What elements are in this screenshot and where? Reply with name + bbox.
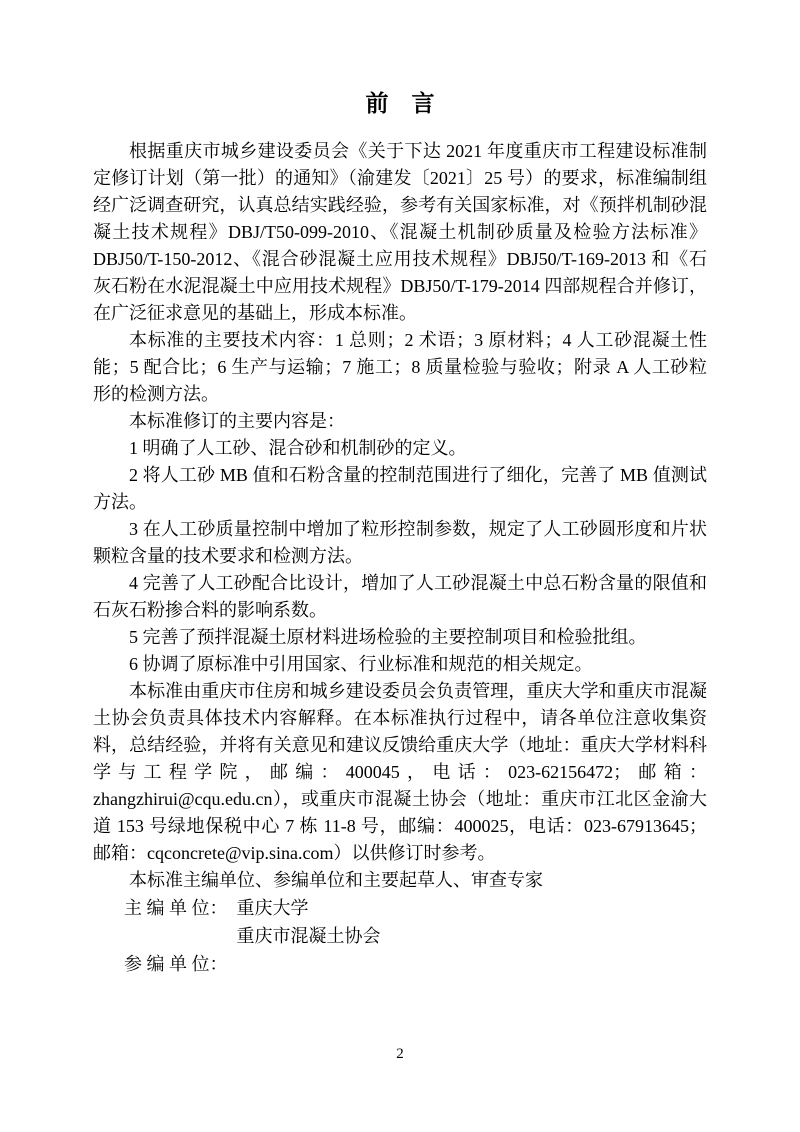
- revision-item-4: 4 完善了人工砂配合比设计，增加了人工砂混凝土中总石粉含量的限值和石灰石粉掺合料…: [93, 570, 707, 624]
- preface-paragraph-contents: 本标准的主要技术内容：1 总则；2 术语；3 原材料；4 人工砂混凝土性能；5 …: [93, 327, 707, 408]
- revision-intro-paragraph: 本标准修订的主要内容是：: [93, 408, 707, 435]
- revision-item-1: 1 明确了人工砂、混合砂和机制砂的定义。: [93, 435, 707, 462]
- editor-units-section: 主 编 单 位： 重庆大学 重庆市混凝土协会 参 编 单 位：: [124, 894, 707, 978]
- page-title: 前 言: [93, 88, 707, 120]
- chief-editor-unit-2: 重庆市混凝土协会: [237, 922, 381, 950]
- editor-units-intro-paragraph: 本标准主编单位、参编单位和主要起草人、审查专家: [93, 867, 707, 894]
- preface-paragraph-basis: 根据重庆市城乡建设委员会《关于下达 2021 年度重庆市工程建设标准制定修订计划…: [93, 138, 707, 327]
- management-contact-paragraph: 本标准由重庆市住房和城乡建设委员会负责管理，重庆大学和重庆市混凝土协会负责具体技…: [93, 678, 707, 867]
- page-content: 前 言 根据重庆市城乡建设委员会《关于下达 2021 年度重庆市工程建设标准制定…: [93, 88, 707, 978]
- revision-item-5: 5 完善了预拌混凝土原材料进场检验的主要控制项目和检验批组。: [93, 624, 707, 651]
- revision-item-2: 2 将人工砂 MB 值和石粉含量的控制范围进行了细化，完善了 MB 值测试方法。: [93, 462, 707, 516]
- participating-editor-label: 参 编 单 位：: [124, 950, 228, 978]
- chief-editor-units: 重庆大学 重庆市混凝土协会: [237, 894, 381, 950]
- participating-editor-row: 参 编 单 位：: [124, 950, 707, 978]
- chief-editor-unit-1: 重庆大学: [237, 894, 381, 922]
- chief-editor-label: 主 编 单 位：: [124, 894, 228, 922]
- revision-item-6: 6 协调了原标准中引用国家、行业标准和规范的相关规定。: [93, 651, 707, 678]
- revision-item-3: 3 在人工砂质量控制中增加了粒形控制参数，规定了人工砂圆形度和片状颗粒含量的技术…: [93, 516, 707, 570]
- page-number: 2: [0, 1046, 800, 1063]
- document-page: 前 言 根据重庆市城乡建设委员会《关于下达 2021 年度重庆市工程建设标准制定…: [0, 0, 800, 1132]
- chief-editor-row: 主 编 单 位： 重庆大学 重庆市混凝土协会: [124, 894, 707, 950]
